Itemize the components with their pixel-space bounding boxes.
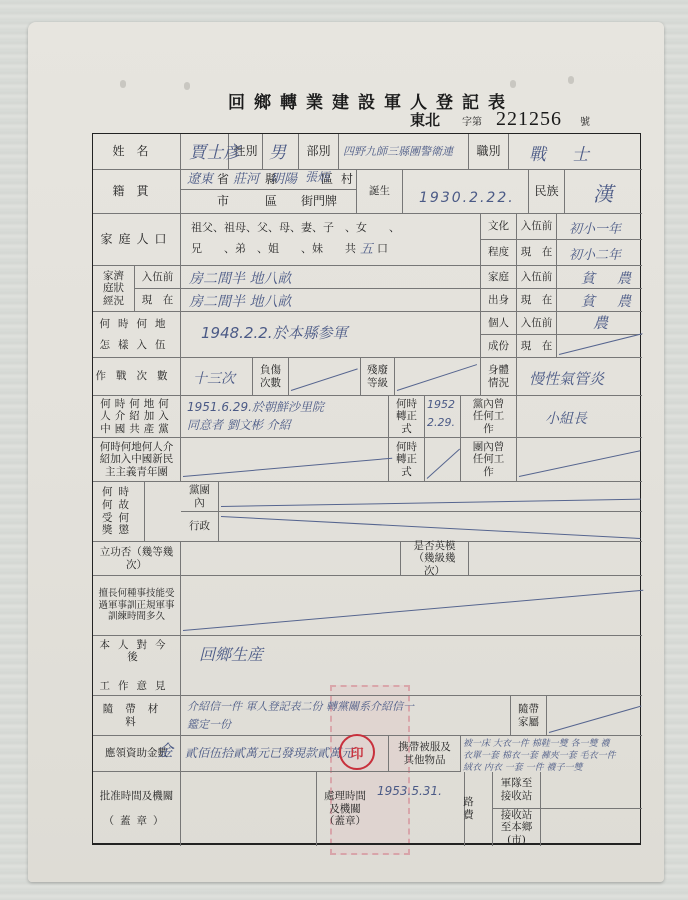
position-value: 戰士 (529, 140, 615, 165)
city-district-label: 區 (265, 194, 277, 209)
formal-value-1: 1952 (427, 398, 455, 411)
approval-label-2: （蓋章） (104, 815, 170, 828)
edu-before-label: 入伍前 (517, 214, 557, 240)
punch-hole (120, 80, 126, 88)
materials-label: 隨帶材料 (93, 696, 181, 736)
admin-label: 行政 (181, 512, 219, 542)
status-now-field[interactable] (557, 335, 642, 358)
name-label: 姓名 (93, 134, 181, 170)
wounds-label: 負傷次數 (253, 358, 289, 396)
status-now-label: 現 在 (517, 335, 557, 358)
native-place-label: 籍貫 (93, 170, 181, 214)
econ-now-label: 現 在 (135, 289, 181, 312)
approval-label: 批准時間及機關 （蓋章） (93, 772, 181, 846)
opinion-label: 本人對今後 工作意見 (93, 636, 181, 696)
family-total-value: 五 (360, 242, 373, 258)
travel-2-field[interactable] (541, 809, 642, 846)
family-unit: 口 (377, 242, 388, 258)
family-line-2-wrap: 兄 、弟 、姐 、妹 共 五 口 (191, 242, 388, 258)
status-before-label: 入伍前 (517, 312, 557, 335)
health-label: 身體情況 (481, 358, 517, 396)
battles-label: 作戰次數 (93, 358, 181, 396)
merit-field[interactable] (181, 542, 401, 576)
unit-value: 四野九師三縣團警衛連 (343, 143, 453, 159)
travel-1-label: 軍隊至接收站 (493, 772, 541, 809)
punch-hole (184, 82, 190, 90)
family-label: 家庭人口 (93, 214, 181, 266)
family-line-1: 祖父、祖母、父、母、妻、子 、女 、 (191, 221, 400, 235)
punch-hole (568, 76, 574, 84)
cpc-value-1: 1951.6.29.於朝鮮沙里院 (187, 398, 324, 415)
cpc-formal-label: 何時轉正式 (389, 396, 425, 438)
party-internal-label: 黨團內 (181, 482, 219, 512)
battles-value: 十三次 (193, 368, 235, 388)
league-job-label: 團內曾任何工作 (461, 438, 517, 482)
process-date: 1953.5.31. (377, 784, 442, 798)
birth-value: 1930.2.22. (419, 190, 515, 206)
enlist-value: 1948.2.2.於本縣参軍 (201, 322, 348, 343)
materials-value-2: 鑑定一份 (187, 716, 231, 732)
province-value: 遼東 (187, 168, 213, 187)
reward-label-pad (145, 482, 181, 542)
edu-now-value: 初小二年 (569, 244, 621, 263)
travel-label: 路費 (465, 772, 493, 846)
cpc-label: 何時何地何人介紹加入中國共產黨 (93, 396, 181, 438)
origin-now-value: 貧農 (581, 291, 653, 311)
party-job-label: 黨內曾任何工作 (461, 396, 517, 438)
status-label-2: 成份 (481, 335, 517, 358)
county-value: 莊河 (233, 168, 259, 187)
merit-label: 立功否（幾等幾次） (93, 542, 181, 576)
birth-label-1: 誕生 (369, 185, 390, 198)
econ-before-label: 入伍前 (135, 266, 181, 289)
origin-before-label: 入伍前 (517, 266, 557, 289)
serial-suffix: 號 (580, 113, 590, 128)
ethnicity-label: 民族 (529, 170, 565, 214)
sex-value: 男 (269, 138, 286, 163)
street-label: 街門牌 (301, 194, 337, 209)
origin-now-label: 現 在 (517, 289, 557, 312)
model-label: 是否英模（幾級幾次） (401, 542, 469, 576)
econ-now-value: 房二間半 地八畝 (189, 291, 291, 311)
name-value: 賈士彦 (189, 138, 240, 163)
edu-now-label: 現 在 (517, 240, 557, 266)
origin-label-1: 家庭 (481, 266, 517, 289)
approval-label-1: 批准時間及機關 (100, 790, 174, 803)
opinion-value: 回鄉生産 (199, 642, 263, 665)
edu-before-value: 初小一年 (569, 218, 621, 237)
econ-label: 家濟 庭狀 經況 (93, 266, 135, 312)
youth-formal-label: 何時轉正式 (389, 438, 425, 482)
position-label: 職別 (469, 134, 509, 170)
travel-1-field[interactable] (541, 772, 642, 809)
ethnicity-value: 漢 (593, 178, 613, 207)
opinion-label-2: 工作意見 (100, 680, 174, 693)
approval-field[interactable] (181, 772, 317, 846)
enlist-label: 何時何地 怎樣入伍 (93, 312, 181, 358)
serial-prefix: 字第 (462, 113, 482, 128)
party-job-value: 小組長 (545, 408, 587, 428)
opinion-label-1: 本人對今後 (93, 639, 180, 664)
disability-label: 殘廢等級 (361, 358, 395, 396)
league-job-field[interactable] (517, 438, 642, 482)
travel-2-label: 接收站至本鄉(市) (493, 809, 541, 846)
enlist-label-2: 怎樣入伍 (100, 339, 174, 352)
family-field[interactable]: 祖父、祖母、父、母、妻、子 、女 、 兄 、弟 、姐 、妹 共 五 口 (181, 214, 481, 266)
econ-before-value: 房二間半 地八畝 (189, 268, 291, 288)
cpc-value-2: 同意者 劉文彬 介紹 (187, 416, 291, 433)
punch-hole (510, 80, 516, 88)
region-label: 東北 (410, 109, 440, 130)
city-address-field[interactable]: 市 區 街門牌 (181, 190, 357, 214)
subsidy-prefix: 金 (157, 738, 173, 761)
serial-line: 東北 字第 221256 號 (410, 108, 590, 131)
serial-number: 221256 (496, 108, 562, 131)
status-before-value: 農 (593, 312, 608, 333)
family-with-label: 隨帶家屬 (511, 696, 547, 736)
enlist-label-1: 何時何地 (100, 318, 174, 331)
family-with-field[interactable] (547, 696, 642, 736)
district-value: 明陽 (271, 168, 297, 187)
edu-label-2: 程度 (481, 240, 517, 266)
clothes-label: 携帶被服及其他物品 (389, 736, 461, 772)
red-seal-stamp: 印 (339, 734, 375, 770)
city-label: 市 (217, 194, 229, 209)
village-label: 村 (341, 172, 353, 187)
health-value: 慢性氣管炎 (529, 368, 604, 389)
edu-label-1: 文化 (481, 214, 517, 240)
subsidy-value: 貳佰伍拾貳萬元已發現款貳萬元 (185, 744, 353, 761)
party-reward-field[interactable] (219, 482, 642, 512)
family-line-2: 兄 、弟 、姐 、妹 共 (191, 242, 356, 258)
village-value: 張炳 (305, 168, 329, 185)
province-label: 省 (217, 172, 229, 187)
process-label: 處理時間及機關（蓋章） (317, 772, 373, 846)
materials-value-1: 介紹信一件 軍人登記表二份 轉黨關系介紹信一 (187, 698, 414, 714)
formal-value-2: 2.29. (427, 416, 455, 429)
skills-field[interactable] (181, 576, 642, 636)
skills-label: 擅長何種事技能受過軍事訓正規軍事訓練時間多久 (93, 576, 181, 636)
status-label-1: 個人 (481, 312, 517, 335)
unit-label: 部別 (299, 134, 339, 170)
registration-form: 姓名 性別 部別 職別 賈士彦 男 四野九師三縣團警衛連 戰士 籍貫 省 縣 區… (92, 133, 641, 845)
youth-label: 何時何地何人介紹加入中國新民主主義青年團 (93, 438, 181, 482)
origin-before-value: 貧農 (581, 268, 653, 288)
origin-label-2: 出身 (481, 289, 517, 312)
model-field[interactable] (469, 542, 642, 576)
reward-label: 何時何故受何獎懲 (93, 482, 145, 542)
wounds-field[interactable] (289, 358, 361, 396)
